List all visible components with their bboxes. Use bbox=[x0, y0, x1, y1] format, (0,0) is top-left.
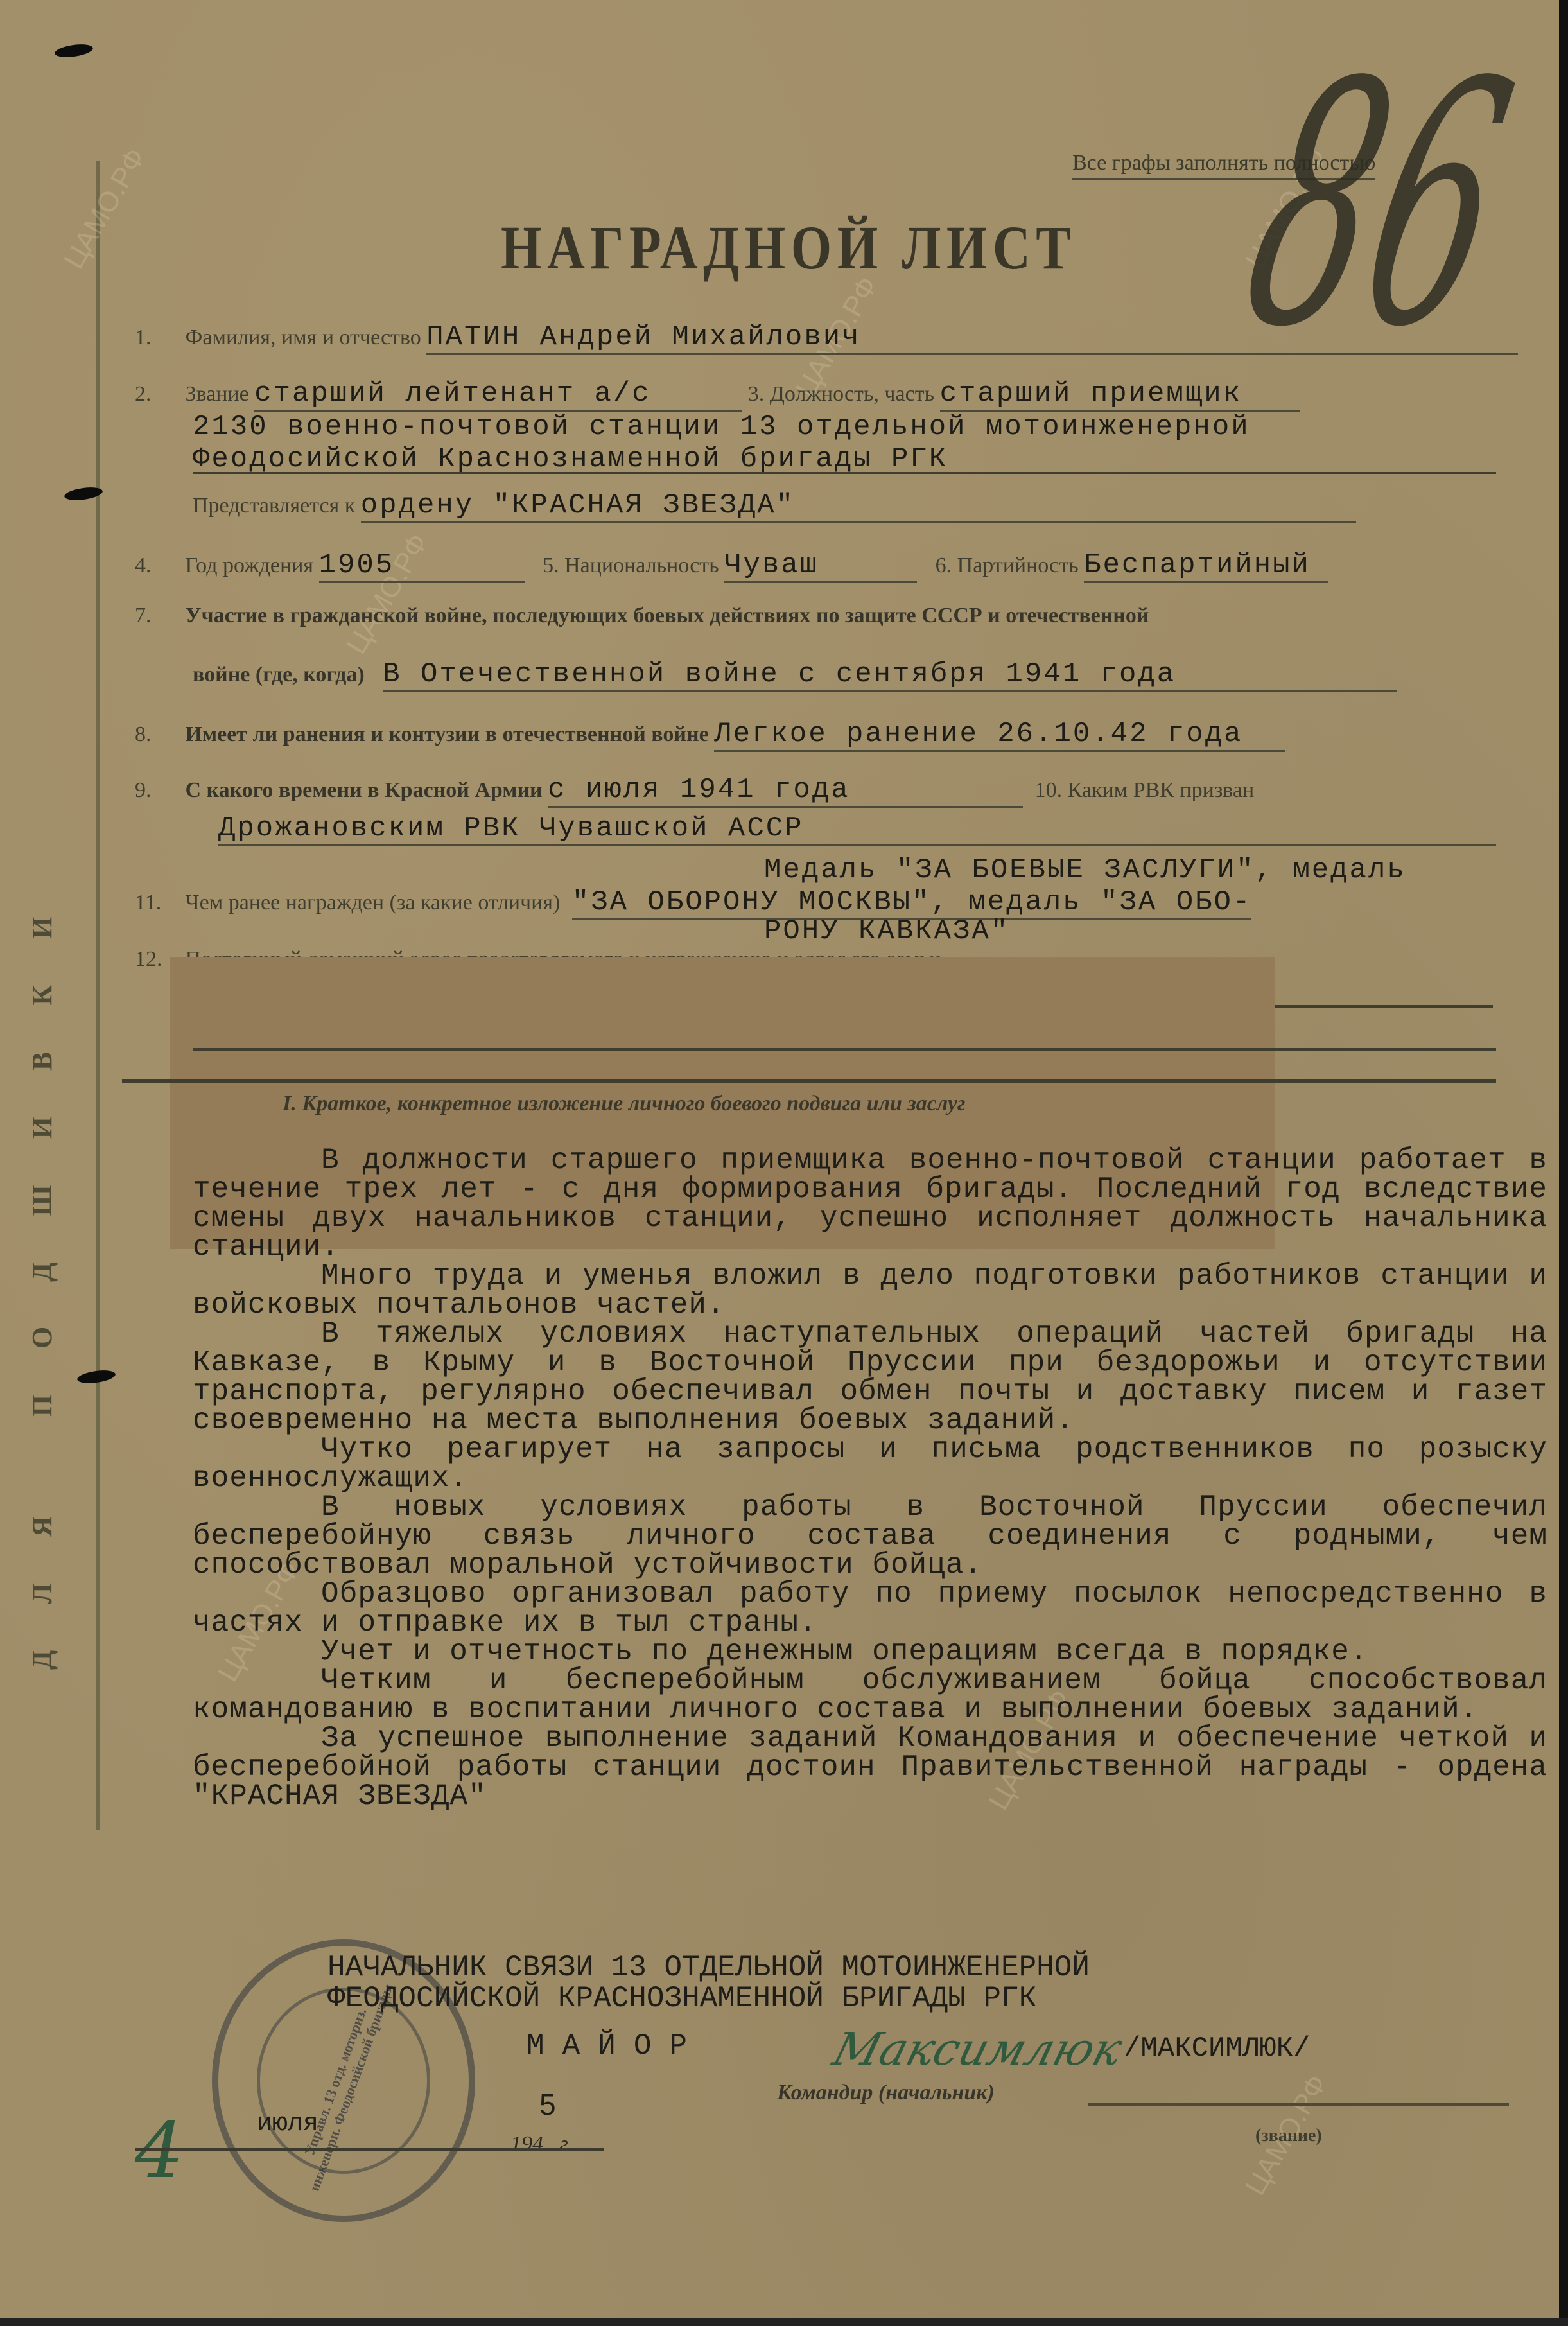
field-number: 10. bbox=[1035, 778, 1063, 802]
date-underline bbox=[135, 2148, 604, 2151]
field-value-birth-year: 1905 bbox=[319, 549, 525, 583]
year-marker: г. bbox=[560, 2132, 573, 2156]
signoff-title-line1: НАЧАЛЬНИК СВЯЗИ 13 ОТДЕЛЬНОЙ МОТОИНЖЕНЕР… bbox=[327, 1952, 1090, 1983]
field-war-participation: 7. Участие в гражданской войне, последую… bbox=[135, 604, 1510, 628]
field-number: 4. bbox=[135, 554, 180, 578]
field-number: 8. bbox=[135, 722, 180, 747]
field-label: войне (где, когда) bbox=[193, 663, 365, 686]
field-value-position-line3: Феодосийской Краснознаменной бригады РГК bbox=[193, 443, 1510, 475]
field-label: Чем ранее награжден (за какие отличия) bbox=[186, 891, 561, 914]
field-value-rvk: Дрожановским РВК Чувашской АССР bbox=[218, 812, 1496, 846]
field-value-rank: старший лейтенант а/с bbox=[254, 378, 742, 412]
field-label: Партийность bbox=[957, 554, 1079, 577]
rank-caption: (звание) bbox=[1255, 2126, 1322, 2146]
commander-underline bbox=[1088, 2103, 1509, 2106]
section-divider bbox=[122, 1079, 1496, 1083]
field-value-position-line2: 2130 военно-почтовой станции 13 отдельно… bbox=[193, 411, 1510, 443]
narrative-heading: I. Краткое, конкретное изложение личного… bbox=[283, 1092, 965, 1116]
field-value-position: старший приемщик bbox=[940, 378, 1300, 412]
signer-rank: МАЙОР bbox=[527, 2029, 705, 2063]
field-label: Представляется к bbox=[193, 494, 355, 518]
field-label: Национальность bbox=[564, 554, 719, 577]
field-awards-line1: Медаль "ЗА БОЕВЫЕ ЗАСЛУГИ", медаль bbox=[764, 854, 1510, 886]
underline bbox=[1275, 1005, 1493, 1008]
field-number: 5. bbox=[543, 554, 559, 577]
commander-label: Командир (начальник) bbox=[777, 2081, 995, 2105]
narrative-paragraph: В новых условиях работы в Восточной Прус… bbox=[193, 1493, 1547, 1580]
date-month: июля bbox=[257, 2110, 318, 2138]
underline bbox=[193, 1048, 1496, 1051]
field-number: 3. bbox=[748, 382, 765, 406]
field-war-participation-value: войне (где, когда) В Отечественной войне… bbox=[193, 658, 1510, 692]
underline bbox=[193, 472, 1496, 474]
field-number: 11. bbox=[135, 891, 180, 915]
field-army-since-rvk: 9. С какого времени в Красной Армии с ию… bbox=[135, 774, 1510, 808]
signoff-title-line2: ФЕОДОСИЙСКОЙ КРАСНОЗНАМЕННОЙ БРИГАДЫ РГК bbox=[327, 1983, 1090, 2014]
field-value: Легкое ранение 26.10.42 года bbox=[714, 718, 1285, 752]
field-number: 6. bbox=[936, 554, 952, 577]
narrative-paragraph: Много труда и уменья вложил в дело подго… bbox=[193, 1262, 1547, 1320]
signoff-block: НАЧАЛЬНИК СВЯЗИ 13 ОТДЕЛЬНОЙ МОТОИНЖЕНЕР… bbox=[327, 1952, 1090, 2014]
field-value: В Отечественной войне с сентября 1941 го… bbox=[383, 658, 1397, 692]
field-value-army-since: с июля 1941 года bbox=[548, 774, 1023, 808]
narrative-paragraph: За успешное выполнение заданий Командова… bbox=[193, 1724, 1547, 1811]
field-label: Участие в гражданской войне, последующих… bbox=[186, 604, 1149, 627]
narrative-paragraph: Четким и бесперебойным обслуживанием бой… bbox=[193, 1666, 1547, 1724]
field-wounds: 8. Имеет ли ранения и контузии в отечест… bbox=[135, 718, 1510, 752]
field-number: 9. bbox=[135, 778, 180, 803]
signer-name: /МАКСИМЛЮК/ bbox=[1124, 2033, 1310, 2065]
narrative-paragraph: Образцово организовал работу по приему п… bbox=[193, 1580, 1547, 1638]
field-label: Фамилия, имя и отчество bbox=[186, 326, 421, 349]
scan-edge-bottom bbox=[0, 2318, 1568, 2326]
date-day-handwritten: 4 bbox=[135, 2106, 184, 2196]
narrative-body: В должности старшего приемщика военно-по… bbox=[193, 1146, 1547, 1811]
watermark: ЦАМО.РФ bbox=[340, 529, 435, 660]
field-rank-position: 2. Звание старший лейтенант а/с 3. Должн… bbox=[135, 378, 1510, 412]
narrative-paragraph: В должности старшего приемщика военно-по… bbox=[193, 1146, 1547, 1262]
date-year-prefix: 194 г. bbox=[510, 2132, 573, 2156]
field-label: Звание bbox=[186, 382, 249, 406]
narrative-paragraph: Учет и отчетность по денежным операциям … bbox=[193, 1638, 1547, 1666]
field-value-nationality: Чуваш bbox=[724, 549, 917, 583]
field-birth-nationality-party: 4. Год рождения 1905 5. Национальность Ч… bbox=[135, 549, 1510, 583]
field-award-presented: Представляется к ордену "КРАСНАЯ ЗВЕЗДА" bbox=[193, 489, 1510, 523]
watermark: ЦАМО.РФ bbox=[58, 143, 152, 275]
pin-hole-icon bbox=[54, 42, 94, 59]
field-label: Год рождения bbox=[186, 554, 314, 577]
date-year-suffix: 5 bbox=[539, 2087, 556, 2122]
narrative-paragraph: Чутко реагирует на запросы и письма родс… bbox=[193, 1435, 1547, 1493]
field-label: Каким РВК призван bbox=[1068, 778, 1255, 802]
scan-edge-right bbox=[1559, 0, 1568, 2326]
field-name: 1. Фамилия, имя и отчество ПАТИН Андрей … bbox=[135, 321, 1510, 355]
field-value: ордену "КРАСНАЯ ЗВЕЗДА" bbox=[361, 489, 1356, 523]
field-label: Должность, часть bbox=[770, 382, 934, 406]
field-awards-line3: РОНУ КАВКАЗА" bbox=[764, 915, 1510, 947]
field-number: 2. bbox=[135, 382, 180, 407]
field-number: 1. bbox=[135, 326, 180, 350]
handwritten-signature: Максимлюк bbox=[828, 2023, 1128, 2076]
margin-line bbox=[96, 161, 100, 1830]
binding-margin-label: ДЛЯ ПОДШИВКИ bbox=[26, 871, 58, 1670]
year-prefix: 194 bbox=[510, 2132, 543, 2156]
field-value: ПАТИН Андрей Михайлович bbox=[426, 321, 1518, 355]
field-value-party: Беспартийный bbox=[1084, 549, 1328, 583]
document-title: НАГРАДНОЙ ЛИСТ bbox=[501, 212, 1076, 283]
field-rvk-value: Дрожановским РВК Чувашской АССР bbox=[218, 812, 1510, 846]
narrative-paragraph: В тяжелых условиях наступательных операц… bbox=[193, 1320, 1547, 1435]
field-label: Имеет ли ранения и контузии в отечествен… bbox=[186, 722, 709, 746]
field-number: 7. bbox=[135, 604, 180, 628]
field-label: С какого времени в Красной Армии bbox=[186, 778, 543, 802]
